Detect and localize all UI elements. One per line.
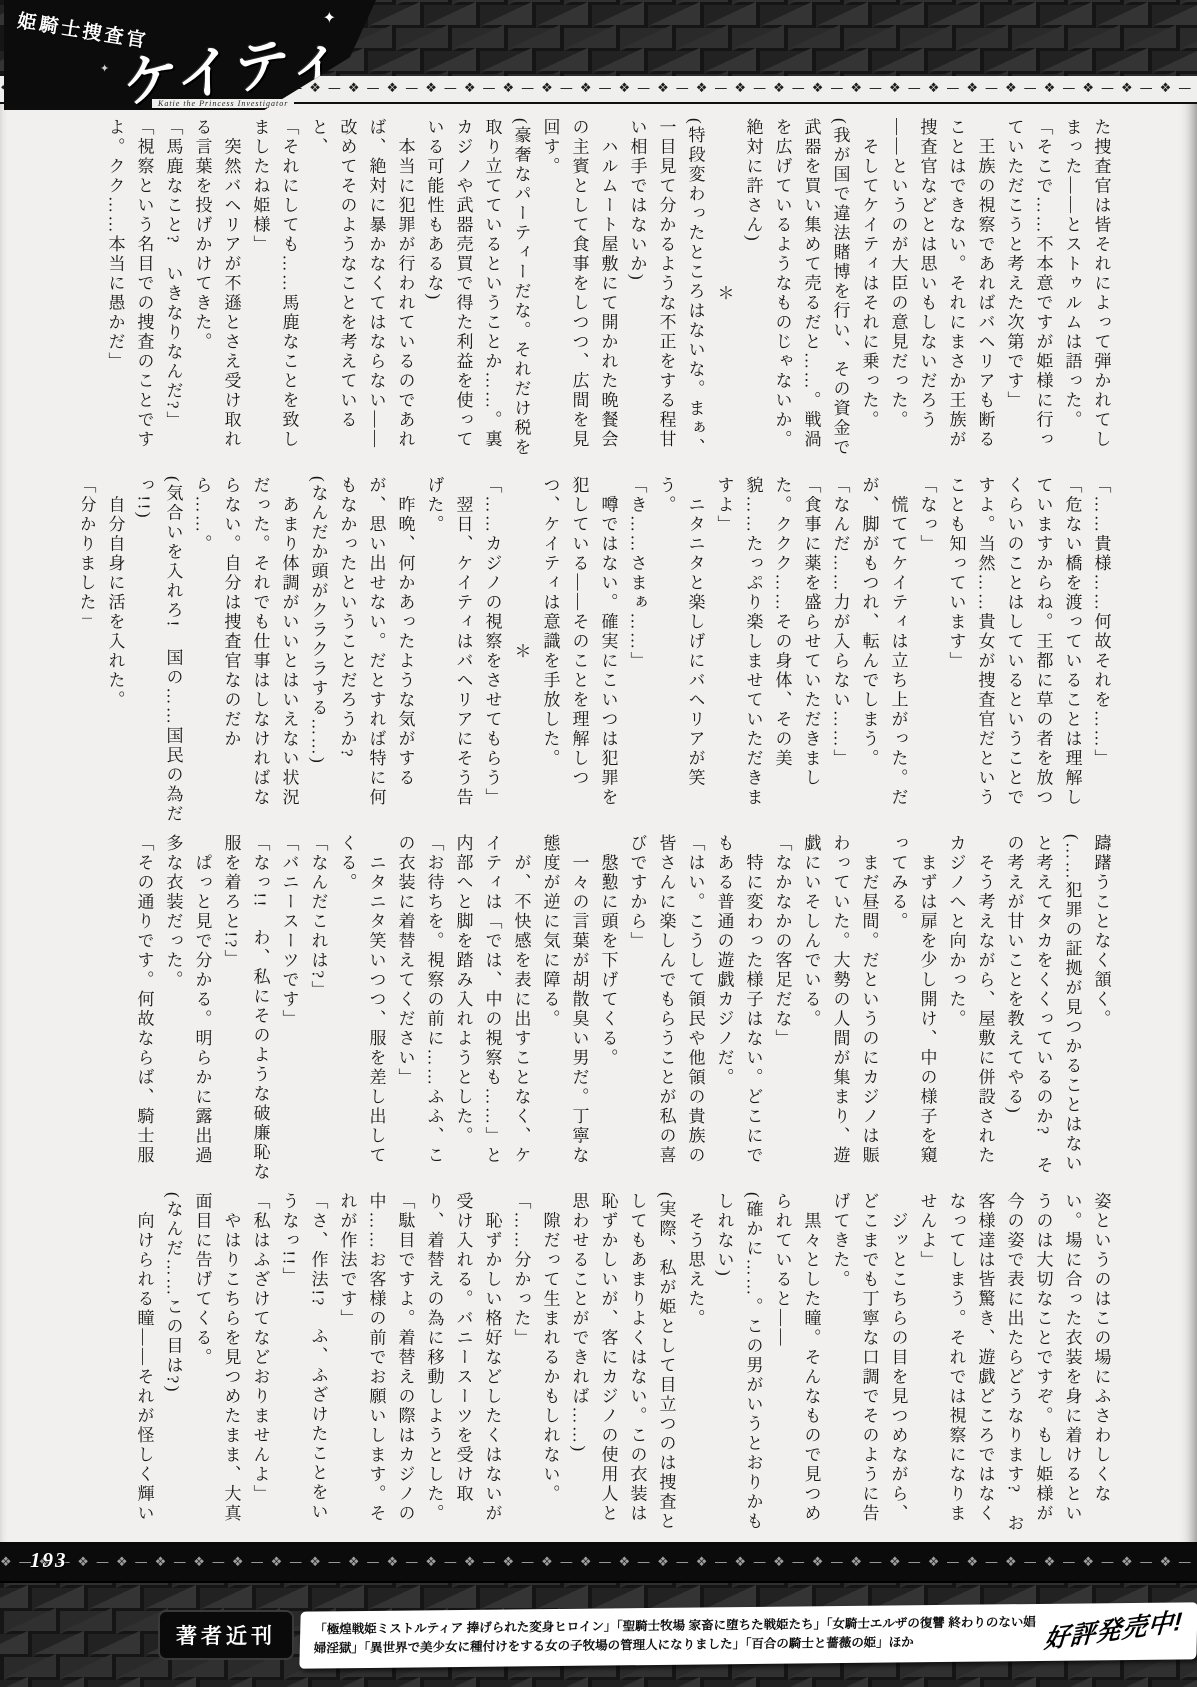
paragraph: た捜査官は皆それによって弾かれてしまった——とストゥルムは語った。 [1058, 118, 1116, 466]
magazine-page: ❖—❖—❖—❖—❖—❖—❖—❖—❖—❖—❖—❖—❖—❖—❖—❖—❖—❖—❖—❖—… [0, 0, 1197, 1687]
on-sale-badge: 好評発売中! [1042, 1602, 1184, 1660]
recent-books-box: 「極煌戦姫ミストルティア 捧げられた変身ヒロイン」「聖騎士牧場 家畜に堕ちた戦姫… [299, 1602, 1197, 1668]
paragraph: ぱっと見で分かる。明らかに露出過多な衣装だった。 [159, 834, 217, 1182]
paragraph: 「危ない橋を渡っていることは理解していますからね。王都に草の者を放つくらいのこと… [942, 476, 1087, 824]
paragraph: 向けられる瞳——それが怪しく輝い [130, 1192, 159, 1540]
section-break: ＊ [710, 118, 739, 466]
paragraph: 「私はふざけてなどおりませんよ」 [246, 1192, 275, 1540]
paragraph: 「き……さまぁ……」 [623, 476, 652, 824]
paragraph: 姿というのはこの場にふさわしくない。場に合った衣装を身に着けるというのは大切なこ… [913, 1192, 1116, 1540]
paragraph: 本当に犯罪が行われているのであれば、絶対に暴かなくてはならない——改めてそのよう… [304, 118, 420, 466]
page-number: 193 [30, 1548, 68, 1573]
paragraph: やはりこちらを見つめたまま、大真面目に告げてくる。 [188, 1192, 246, 1540]
paragraph: 「なっ!! わ、私にそのような破廉恥な服を着ろと!?」 [217, 834, 275, 1182]
ornament-chain-bottom: ❖—❖—❖—❖—❖—❖—❖—❖—❖—❖—❖—❖—❖—❖—❖—❖—❖—❖—❖—❖—… [0, 1542, 1197, 1583]
paragraph: 慌ててケイティは立ち上がった。だが、脚がもつれ、転んでしまう。 [855, 476, 913, 824]
paragraph: 突然バヘリアが不遜とさえ受け取れる言葉を投げかけてきた。 [188, 118, 246, 466]
paragraph: そう思えた。 [681, 1192, 710, 1540]
paragraph: ジッとこちらの目を見つめながら、どこまでも丁寧な口調でそのように告げてきた。 [826, 1192, 913, 1540]
novel-text-area: た捜査官は皆それによって弾かれてしまった——とストゥルムは語った。「そこで……不… [0, 102, 1197, 1550]
paragraph: ニタニタと楽しげにバヘリアが笑う。 [652, 476, 710, 824]
sparkle-icon: ✦ [100, 62, 109, 75]
paragraph: 特に変わった様子はない。どこにでもある普通の遊戯カジノだ。 [710, 834, 768, 1182]
paragraph: (気合いを入れろ! 国の……国民の為だっ!!) [130, 476, 188, 824]
paragraph: 「……貴様……何故それを……」 [1087, 476, 1116, 824]
text-band-4: 姿というのはこの場にふさわしくない。場に合った衣装を身に着けるというのは大切なこ… [82, 1192, 1116, 1540]
paragraph: (確かに……。この男がいうとおりかもしれない) [710, 1192, 768, 1540]
paragraph: 噂ではない。確実にこいつは犯罪を犯している——そのことを理解しつつ、ケイティは意… [536, 476, 623, 824]
paragraph: 「それにしても……馬鹿なことを致しましたね姫様」 [246, 118, 304, 466]
paragraph: 「なんだ……力が入らない……」 [826, 476, 855, 824]
paragraph: (実際、私が姫として目立つのは捜査としてもあまりよくはない。この衣装は恥ずかしい… [565, 1192, 681, 1540]
paragraph: 「なっ」 [913, 476, 942, 824]
footer-stone-band: 著者近刊 「極煌戦姫ミストルティア 捧げられた変身ヒロイン」「聖騎士牧場 家畜に… [0, 1583, 1197, 1687]
paragraph: まずは扉を少し開け、中の様子を窺ってみる。 [884, 834, 942, 1182]
paragraph: 恥ずかしい格好などしたくはないが受け入れる。バニースーツを受け取り、着替えの為に… [420, 1192, 507, 1540]
paragraph: (なんだか頭がクラクラする……) [304, 476, 333, 824]
paragraph: 「食事に薬を盛らせていただきました。ククク……その身体、その美貌……たっぷり楽し… [710, 476, 826, 824]
paragraph: 自分自身に活を入れた。 [101, 476, 130, 824]
paragraph: 翌日、ケイティはバヘリアにそう告げた。 [420, 476, 478, 824]
paragraph: 「馬鹿なこと? いきなりなんだ?」 [159, 118, 188, 466]
paragraph: 王族の視察であればバヘリアも断ることはできない。それにまさか王族が捜査官などとは… [884, 118, 1000, 466]
paragraph: そう考えながら、屋敷に併設されたカジノへと向かった。 [942, 834, 1000, 1182]
author-recent-label: 著者近刊 [158, 1610, 294, 1660]
text-band-1: た捜査官は皆それによって弾かれてしまった——とストゥルムは語った。「そこで……不… [82, 118, 1116, 466]
paragraph: 「視察という名目での捜査のことですよ。クク……本当に愚かだ」 [101, 118, 159, 466]
paragraph: そしてケイティはそれに乗った。 [855, 118, 884, 466]
paragraph: 「駄目ですよ。着替えの際はカジノの中……お客様の前でお願いします。それが作法です… [333, 1192, 420, 1540]
page-footer: 193 ❖—❖—❖—❖—❖—❖—❖—❖—❖—❖—❖—❖—❖—❖—❖—❖—❖—❖—… [0, 1542, 1197, 1687]
text-band-3: 躊躇うことなく頷く。(……犯罪の証拠が見つかることはないと考えてタカをくくってい… [82, 834, 1116, 1182]
paragraph: (我が国で違法賭博を行い、その資金で武器を買い集めて売るだと……。戦渦を広げてい… [739, 118, 855, 466]
paragraph: 「バニースーツです」 [275, 834, 304, 1182]
sparkle-icon: ✦ [323, 8, 336, 27]
paragraph: (なんだ……この目は?) [159, 1192, 188, 1540]
paragraph: 隙だって生まれるかもしれない。 [536, 1192, 565, 1540]
paragraph: 慇懃に頭を下げてくる。 [594, 834, 623, 1182]
paragraph: 「お待ちを。視察の前に……ふふ、この衣装に着替えてください」 [391, 834, 449, 1182]
paragraph: 黒々とした瞳。そんなもので見つめられていると—— [768, 1192, 826, 1540]
paragraph: (豪奢なパーティーだな。それだけ税を取り立てているということか……。裏カジノや武… [420, 118, 536, 466]
paragraph: ニタニタ笑いつつ、服を差し出してくる。 [333, 834, 391, 1182]
paragraph: 昨晩、何かあったような気がするが、思い出せない。だとすれば特に何もなかったという… [333, 476, 420, 824]
paragraph: まだ昼間。だというのにカジノは賑わっていた。大勢の人間が集まり、遊戯にいそしんで… [797, 834, 884, 1182]
paragraph: (特段変わったところはないな。まぁ、一目見て分かるような不正をする程甘い相手では… [623, 118, 710, 466]
paragraph: 「さ、作法!? ふ、ふざけたことをいうなっ!!」 [275, 1192, 333, 1540]
paragraph: 「なんだこれは?」 [304, 834, 333, 1182]
text-band-2: 「……貴様……何故それを……」「危ない橋を渡っていることは理解していますからね。… [82, 476, 1116, 824]
paragraph: が、不快感を表に出すことなく、ケイティは「では、中の視察も……」と内部へと脚を踏… [449, 834, 536, 1182]
paragraph: (……犯罪の証拠が見つかることはないと考えてタカをくくっているのか? その考えが… [1000, 834, 1087, 1182]
recent-books-text: 「極煌戦姫ミストルティア 捧げられた変身ヒロイン」「聖騎士牧場 家畜に堕ちた戦姫… [314, 1615, 1036, 1656]
paragraph: 「はい。こうして領民や他領の貴族の皆さんに楽しんでもらうことが私の喜びですから」 [623, 834, 710, 1182]
paragraph: 躊躇うことなく頷く。 [1087, 834, 1116, 1182]
paragraph: 「……分かった」 [507, 1192, 536, 1540]
section-break: ＊ [507, 476, 536, 824]
paragraph: 「……カジノの視察をさせてもらう」 [478, 476, 507, 824]
paragraph: 「なかなかの客足だな」 [768, 834, 797, 1182]
paragraph: ハルムート屋敷にて開かれた晩餐会の主賓として食事をしつつ、広間を見回す。 [536, 118, 623, 466]
paragraph: 一々の言葉が胡散臭い男だ。丁寧な態度が逆に気に障る。 [536, 834, 594, 1182]
paragraph: 「分かりました」 [82, 476, 101, 824]
paragraph: 「その通りです。何故ならば、騎士服 [130, 834, 159, 1182]
paragraph: あまり体調がいいとはいえない状況だった。それでも仕事はしなければならない。自分は… [188, 476, 304, 824]
series-logo-subtitle-en: Katie the Princess Investigator [152, 99, 294, 108]
paragraph: 「そこで……不本意ですが姫様に行っていただこうと考えた次第です」 [1000, 118, 1058, 466]
